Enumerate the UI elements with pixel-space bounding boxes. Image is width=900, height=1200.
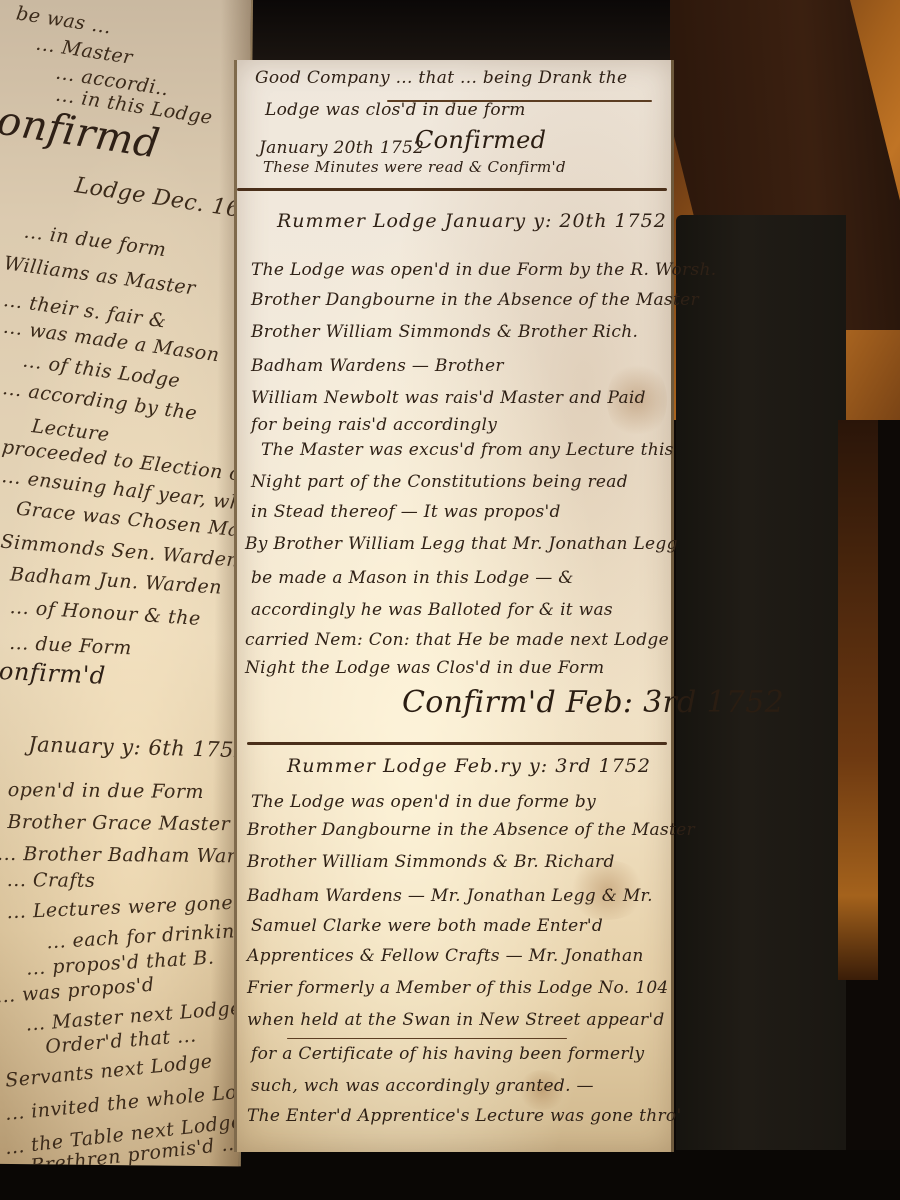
- underline: [287, 1038, 567, 1039]
- entry-line: such, wch was accordingly granted. —: [251, 1076, 594, 1096]
- left-line: ... Brother Badham Wardens: [0, 843, 253, 868]
- left-line: ... was propos'd: [0, 974, 155, 1008]
- entry-line: By Brother William Legg that Mr. Jonatha…: [245, 534, 678, 554]
- left-line: open'd in due Form: [8, 779, 204, 803]
- right-page: Good Company ... that ... being Drank th…: [234, 60, 674, 1152]
- entry-line: Badham Wardens — Brother: [251, 356, 504, 376]
- confirmation-mark: Confirm'd Feb: 3rd 1752: [402, 685, 784, 720]
- entry-line: Lodge was clos'd in due form: [265, 100, 526, 120]
- left-page: be was ... ... Master ... accordi.. ... …: [0, 0, 253, 1166]
- section-divider: [237, 188, 667, 191]
- entry-line: Apprentices & Fellow Crafts — Mr. Jonath…: [247, 946, 644, 966]
- entry-line: carried Nem: Con: that He be made next L…: [245, 630, 669, 650]
- entry-line: Badham Wardens — Mr. Jonathan Legg & Mr.: [247, 886, 653, 906]
- left-line: ... in due form: [23, 220, 168, 261]
- confirmation-mark: Confirmed: [415, 126, 546, 154]
- entry-line: Night part of the Constitutions being re…: [251, 472, 628, 492]
- entry-line: Brother William Simmonds & Brother Rich.: [251, 322, 638, 342]
- entry-line: Samuel Clarke were both made Enter'd: [251, 916, 603, 936]
- left-line: ... Crafts: [7, 869, 96, 892]
- entry-line: Brother Dangbourne in the Absence of the…: [251, 290, 699, 310]
- entry-line: in Stead thereof — It was propos'd: [251, 502, 561, 522]
- entry-line: when held at the Swan in New Street appe…: [247, 1010, 665, 1030]
- entry-line: Night the Lodge was Clos'd in due Form: [245, 658, 604, 678]
- entry-line: Brother William Simmonds & Br. Richard: [247, 852, 615, 872]
- left-line: Badham Jun. Warden: [9, 563, 222, 598]
- section-divider: [247, 742, 667, 745]
- left-line: ... Master: [34, 33, 134, 69]
- left-line: ... of Honour & the: [9, 596, 201, 630]
- entry-line: These Minutes were read & Confirm'd: [263, 158, 566, 176]
- entry-line: accordingly he was Balloted for & it was: [251, 600, 613, 620]
- entry-line: Good Company ... that ... being Drank th…: [255, 68, 627, 88]
- entry-date: January 20th 1752: [259, 138, 424, 158]
- left-line: Lodge Dec. 16: [73, 173, 242, 223]
- entry-line: William Newbolt was rais'd Master and Pa…: [251, 388, 646, 408]
- left-confirmation-mark: onfirm'd: [0, 657, 106, 690]
- entry-line: The Lodge was open'd in due forme by: [251, 792, 596, 812]
- left-line: ... due Form: [9, 632, 132, 660]
- entry-line: Frier formerly a Member of this Lodge No…: [247, 978, 669, 998]
- entry-line: The Lodge was open'd in due Form by the …: [251, 260, 716, 280]
- left-line: Brother Grace Master: [7, 811, 230, 835]
- entry-line: be made a Mason in this Lodge — &: [251, 568, 574, 588]
- entry-line: Brother Dangbourne in the Absence of the…: [247, 820, 695, 840]
- entry-heading: Rummer Lodge Feb.ry y: 3rd 1752: [287, 755, 651, 777]
- entry-line: The Enter'd Apprentice's Lecture was gon…: [247, 1106, 681, 1126]
- entry-line: for being rais'd accordingly: [251, 415, 497, 435]
- left-entry-heading: January y: 6th 1752: [28, 732, 248, 762]
- entry-line: for a Certificate of his having been for…: [251, 1044, 644, 1064]
- entry-line: The Master was excus'd from any Lecture …: [261, 440, 674, 460]
- entry-heading: Rummer Lodge January y: 20th 1752: [277, 210, 667, 232]
- background-wood-edge: [838, 420, 878, 980]
- left-line: be was ...: [15, 2, 113, 38]
